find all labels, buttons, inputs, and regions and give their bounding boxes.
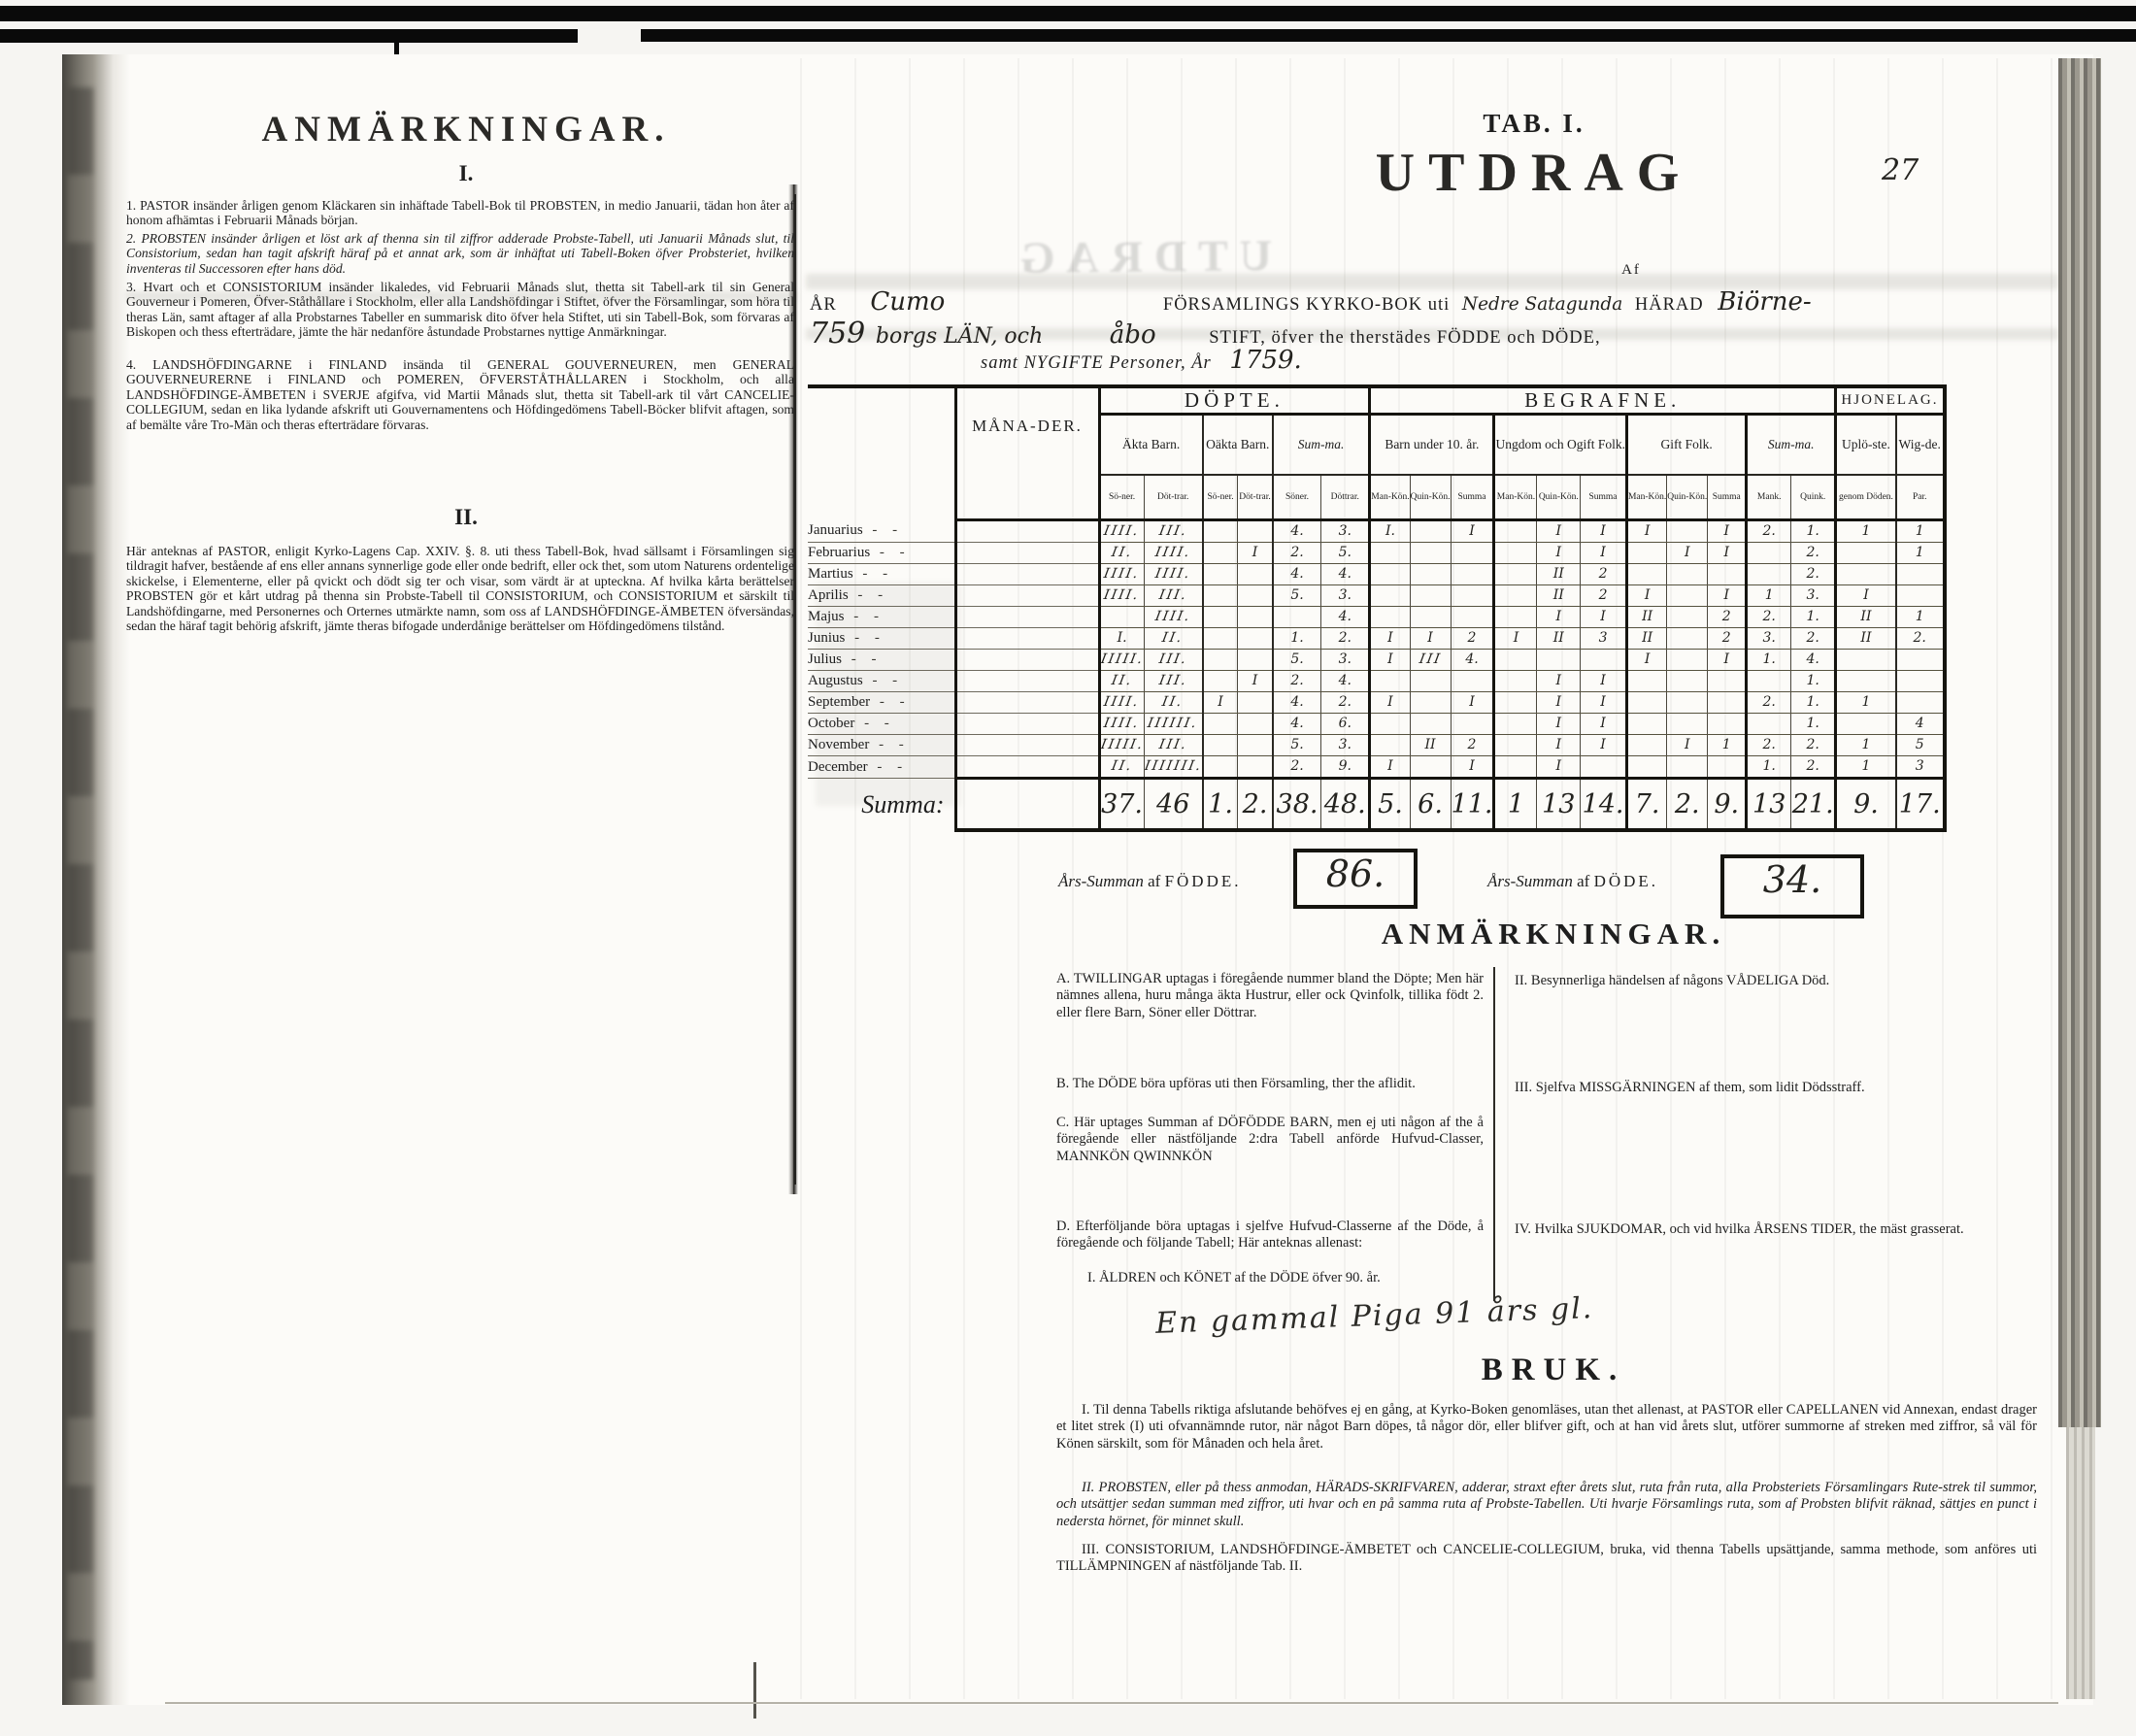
data-cell (1667, 564, 1708, 585)
data-cell: 5 (1896, 735, 1945, 756)
data-cell: 1 (1896, 520, 1945, 543)
header-manader: MÅNA-DER. (955, 386, 1099, 520)
data-cell: 2. (1747, 520, 1791, 543)
data-cell: 1 (1747, 585, 1791, 607)
label-stift: STIFT, öfver the therstädes FÖDDE och DÖ… (1209, 328, 1600, 348)
month-box-cell (955, 756, 1099, 779)
data-cell (1581, 650, 1627, 671)
subheader-ungdom-ogift: Ungdom och Ogift Folk. (1494, 415, 1627, 476)
data-cell: IIIII. (1099, 735, 1144, 756)
table-row: JuliusIIIII.III.5.3.IIII4.II1.4. (808, 650, 1945, 671)
book-fore-edge-lower (2066, 1427, 2095, 1699)
subheader-wigde: Wig-de. (1896, 415, 1945, 476)
data-cell (1494, 520, 1537, 543)
data-cell: 1 (1896, 543, 1945, 564)
dode-label: Års-Summan af DÖDE. (1487, 872, 1658, 891)
data-cell: II. (1099, 543, 1144, 564)
data-cell: 1 (1836, 735, 1896, 756)
month-box-cell (955, 564, 1099, 585)
month-label: Februarius (808, 543, 955, 564)
data-cell (1896, 692, 1945, 714)
fodde-label: Års-Summan af FÖDDE. (1058, 872, 1241, 891)
data-cell: 4. (1791, 650, 1836, 671)
data-cell (1896, 650, 1945, 671)
month-spacer (808, 386, 955, 415)
data-cell: 1. (1273, 628, 1321, 650)
data-cell: I (1708, 520, 1747, 543)
form-line-3: samt NYGIFTE Personer, År 1759. (981, 346, 2136, 375)
data-cell (1494, 543, 1537, 564)
data-cell (1626, 735, 1666, 756)
data-cell (1747, 671, 1791, 692)
data-cell: 9. (1321, 756, 1370, 779)
data-cell: I (1836, 585, 1896, 607)
data-cell: 3. (1747, 628, 1791, 650)
data-cell: 4. (1321, 671, 1370, 692)
data-cell: II (1626, 607, 1666, 628)
month-label: Januarius (808, 520, 955, 543)
header-begrafne: BEGRAFNE. (1370, 386, 1836, 415)
dode-total-box: 34. (1720, 854, 1864, 918)
data-cell (1238, 756, 1273, 779)
form-line-1: ÅR Cumo FÖRSAMLINGS KYRKO-BOK uti Nedre … (810, 287, 2062, 317)
population-register-table: MÅNA-DER. DÖPTE. BEGRAFNE. HJONELAG. Äkt… (808, 384, 1947, 832)
data-cell (1494, 650, 1537, 671)
data-cell: 3 (1581, 628, 1627, 650)
data-cell: IIIIII. (1144, 714, 1203, 735)
subheader-uploste: Uplö-ste. (1836, 415, 1896, 476)
data-cell: I (1410, 628, 1451, 650)
data-cell (1203, 735, 1238, 756)
tab-label: TAB. I. (1340, 109, 1728, 139)
book-fore-edge (2058, 58, 2101, 1427)
data-cell: I (1238, 671, 1273, 692)
data-cell: 1. (1791, 607, 1836, 628)
data-cell (1708, 692, 1747, 714)
data-cell: II (1836, 607, 1896, 628)
column-label: Summa (1581, 475, 1627, 520)
scan-bar-second-right (641, 29, 2136, 42)
data-cell: I (1626, 520, 1666, 543)
data-cell (1238, 714, 1273, 735)
data-cell: 1. (1791, 714, 1836, 735)
data-cell (1238, 585, 1273, 607)
month-spacer (808, 415, 955, 476)
data-cell (1896, 585, 1945, 607)
column-label: Döttrar. (1321, 475, 1370, 520)
parish-name-handwritten: Cumo (870, 287, 945, 317)
data-cell (1410, 671, 1451, 692)
data-cell (1494, 756, 1537, 779)
data-cell (1896, 564, 1945, 585)
data-cell (1494, 564, 1537, 585)
table-row: OctoberIIII.IIIIII.4.6.II1.4 (808, 714, 1945, 735)
data-cell: IIII. (1099, 585, 1144, 607)
summa-cell: 7. (1626, 779, 1666, 831)
data-cell (1410, 543, 1451, 564)
summa-cell: 6. (1410, 779, 1451, 831)
remarks-heading: ANMÄRKNINGAR. (1117, 917, 1990, 951)
data-cell (1370, 585, 1410, 607)
data-cell: I (1581, 714, 1627, 735)
summa-cell: 9. (1836, 779, 1896, 831)
data-cell: III (1410, 650, 1451, 671)
page-bottom-edge (165, 1702, 2058, 1704)
data-cell (1836, 714, 1896, 735)
data-cell (1747, 714, 1791, 735)
data-cell (1667, 692, 1708, 714)
data-cell: 5. (1321, 543, 1370, 564)
summa-cell: 14. (1581, 779, 1627, 831)
month-label: Julius (808, 650, 955, 671)
table-row: SeptemberIIII.II.I4.2.IIII2.1.1 (808, 692, 1945, 714)
data-cell: 6. (1321, 714, 1370, 735)
paragraph-1: 1. PASTOR insänder årligen genom Kläckar… (126, 198, 794, 228)
note-c: C. Här uptages Summan af DÖFÖDDE BARN, m… (1056, 1115, 1484, 1165)
section-2-heading: II. (146, 505, 786, 530)
data-cell (1410, 520, 1451, 543)
month-label: Junius (808, 628, 955, 650)
fodde-label-af: af (1148, 872, 1160, 890)
fodde-total-box: 86. (1293, 849, 1418, 909)
subheader-summa-begrafne: Sum-ma. (1747, 415, 1836, 476)
subheader-oakta-barn: Oäkta Barn. (1203, 415, 1273, 476)
data-cell: 3. (1321, 735, 1370, 756)
data-cell: 1 (1896, 607, 1945, 628)
data-cell (1667, 756, 1708, 779)
data-cell: 2 (1581, 564, 1627, 585)
column-label: Söner. (1273, 475, 1321, 520)
data-cell: I (1451, 756, 1494, 779)
bruk-paragraph-1: I. Til denna Tabells riktiga afslutande … (1056, 1402, 2037, 1452)
table-row: JanuariusIIII.III.4.3.I.IIIII2.1.11 (808, 520, 1945, 543)
column-label: Sö-ner. (1203, 475, 1238, 520)
data-cell: 1. (1791, 692, 1836, 714)
data-cell: 2. (1273, 756, 1321, 779)
subheader-gift-folk: Gift Folk. (1626, 415, 1746, 476)
paragraph-5: Här anteknas af PASTOR, enligit Kyrko-La… (126, 544, 794, 634)
scan-bar-second-left (0, 29, 578, 43)
data-cell (1667, 520, 1708, 543)
data-cell (1626, 714, 1666, 735)
data-cell: 4. (1273, 520, 1321, 543)
data-cell: I (1537, 607, 1581, 628)
column-label: Man-Kön. (1626, 475, 1666, 520)
column-label: Quink. (1791, 475, 1836, 520)
data-cell: 5. (1273, 650, 1321, 671)
data-cell: I (1581, 607, 1627, 628)
data-cell (1203, 650, 1238, 671)
data-cell: I (1451, 692, 1494, 714)
data-cell: I (1537, 756, 1581, 779)
data-cell: 2 (1581, 585, 1627, 607)
notes-column-divider (1493, 967, 1495, 1301)
data-cell: 4. (1451, 650, 1494, 671)
data-cell: I (1667, 543, 1708, 564)
column-label: Döt-trar. (1238, 475, 1273, 520)
data-cell: II (1537, 585, 1581, 607)
data-cell: IIII. (1099, 714, 1144, 735)
data-cell (1537, 650, 1581, 671)
table-row: MajusIIII.4.IIII22.1.II1 (808, 607, 1945, 628)
year-handwritten: 1759. (1229, 346, 1301, 375)
data-cell (1238, 628, 1273, 650)
data-cell: 4 (1896, 714, 1945, 735)
data-cell: II. (1144, 628, 1203, 650)
data-cell (1451, 714, 1494, 735)
month-box-cell (955, 650, 1099, 671)
note-iii: III. Sjelfva MISSGÄRNINGEN af them, som … (1515, 1080, 2019, 1096)
note-a: A. TWILLINGAR uptagas i föregående numme… (1056, 971, 1484, 1021)
month-label: Augustus (808, 671, 955, 692)
data-cell (1708, 714, 1747, 735)
data-cell (1667, 671, 1708, 692)
data-cell: I (1581, 520, 1627, 543)
month-label: September (808, 692, 955, 714)
data-cell: II (1537, 628, 1581, 650)
data-cell (1203, 564, 1238, 585)
data-cell (1747, 564, 1791, 585)
data-cell: I (1451, 520, 1494, 543)
month-box-cell (955, 714, 1099, 735)
data-cell (1626, 543, 1666, 564)
column-label: Par. (1896, 475, 1945, 520)
paragraph-4: 4. LANDSHÖFDINGARNE i FINLAND insända ti… (126, 357, 794, 432)
data-cell: I. (1099, 628, 1144, 650)
data-cell: 2 (1451, 735, 1494, 756)
summa-row: Summa:37.461.2.38.48.5.6.11.11314.7.2.9.… (808, 779, 1945, 831)
data-cell (1836, 671, 1896, 692)
data-cell (1410, 585, 1451, 607)
summa-label: Summa: (808, 779, 955, 831)
data-cell: 1. (1747, 650, 1791, 671)
data-cell (1494, 585, 1537, 607)
month-label: Aprilis (808, 585, 955, 607)
data-cell (1451, 564, 1494, 585)
data-cell: 1. (1747, 756, 1791, 779)
year-handwritten-margin: 759 (810, 317, 865, 351)
data-cell (1747, 543, 1791, 564)
section-1-heading: I. (146, 161, 786, 186)
summa-cell: 9. (1708, 779, 1747, 831)
data-cell: 1 (1836, 756, 1896, 779)
data-cell (1238, 564, 1273, 585)
data-cell: 2. (1273, 543, 1321, 564)
data-cell: I (1708, 543, 1747, 564)
data-cell (1273, 607, 1321, 628)
data-cell: 4. (1273, 564, 1321, 585)
data-cell (1203, 520, 1238, 543)
data-cell: IIII. (1099, 692, 1144, 714)
data-cell (1896, 671, 1945, 692)
data-cell: II. (1099, 756, 1144, 779)
summa-cell: 37. (1099, 779, 1144, 831)
data-cell: I (1370, 650, 1410, 671)
data-cell (1410, 607, 1451, 628)
data-cell: 1. (1791, 671, 1836, 692)
scan-bar-top (0, 6, 2136, 21)
data-cell: 2. (1791, 628, 1836, 650)
note-d-sub-i: I. ÅLDREN och KÖNET af the DÖDE öfver 90… (1087, 1270, 1515, 1286)
data-cell: I (1238, 543, 1273, 564)
column-label: Quin-Kön. (1667, 475, 1708, 520)
subheader-barn-under-10: Barn under 10. år. (1370, 415, 1494, 476)
data-cell (1494, 714, 1537, 735)
table-row: JuniusI.II.1.2.II2III3II23.2.II2. (808, 628, 1945, 650)
column-label: Quin-Kön. (1410, 475, 1451, 520)
data-cell: II (1537, 564, 1581, 585)
lan-name-handwritten-part1: Biörne- (1718, 287, 1811, 317)
table-row: NovemberIIIII.III.5.3.II2III12.2.15 (808, 735, 1945, 756)
summa-cell: 48. (1321, 779, 1370, 831)
summa-cell: 21. (1791, 779, 1836, 831)
dode-label-caps: DÖDE. (1594, 872, 1658, 890)
data-cell (1370, 735, 1410, 756)
subheader-summa-dopte: Sum-ma. (1273, 415, 1370, 476)
table-row: AprilisIIII.III.5.3.II2II13.I (808, 585, 1945, 607)
data-cell (1667, 628, 1708, 650)
data-cell: IIII. (1144, 607, 1203, 628)
header-dopte: DÖPTE. (1099, 386, 1370, 415)
month-label: Martius (808, 564, 955, 585)
data-cell: 2. (1321, 692, 1370, 714)
data-cell: I (1203, 692, 1238, 714)
data-cell: 1 (1836, 520, 1896, 543)
data-cell: III. (1144, 520, 1203, 543)
left-page-title: ANMÄRKNINGAR. (146, 109, 786, 150)
data-cell (1451, 543, 1494, 564)
data-cell (1238, 520, 1273, 543)
data-cell: II (1410, 735, 1451, 756)
group-header-row: MÅNA-DER. DÖPTE. BEGRAFNE. HJONELAG. (808, 386, 1945, 415)
column-label: Mank. (1747, 475, 1791, 520)
data-cell (1370, 714, 1410, 735)
data-cell (1836, 564, 1896, 585)
data-cell (1836, 543, 1896, 564)
data-cell: IIII. (1099, 520, 1144, 543)
data-cell: 5. (1273, 585, 1321, 607)
data-cell: IIIII. (1099, 650, 1144, 671)
data-cell (1581, 756, 1627, 779)
fodde-label-caps: FÖDDE. (1165, 872, 1242, 890)
data-cell (1410, 714, 1451, 735)
data-cell: 2. (1791, 756, 1836, 779)
month-box-cell (955, 735, 1099, 756)
data-cell (1494, 692, 1537, 714)
data-cell (1708, 671, 1747, 692)
month-box-cell (955, 671, 1099, 692)
month-label: October (808, 714, 955, 735)
data-cell: 4. (1273, 692, 1321, 714)
data-cell (1370, 543, 1410, 564)
data-cell: 2 (1708, 628, 1747, 650)
summa-spacer (955, 779, 1099, 831)
data-cell (1238, 692, 1273, 714)
data-cell (1626, 671, 1666, 692)
bruk-heading: BRUK. (1117, 1352, 1990, 1388)
month-box-cell (955, 628, 1099, 650)
data-cell: 2. (1321, 628, 1370, 650)
data-cell (1494, 671, 1537, 692)
column-label: Man-Kön. (1370, 475, 1410, 520)
month-box-cell (955, 607, 1099, 628)
note-d: D. Efterföljande böra uptagas i sjelfve … (1056, 1219, 1484, 1252)
data-cell: I (1494, 628, 1537, 650)
data-cell: I (1581, 543, 1627, 564)
data-cell (1203, 543, 1238, 564)
data-cell (1203, 628, 1238, 650)
data-cell: IIII. (1144, 564, 1203, 585)
summa-cell: 2. (1667, 779, 1708, 831)
data-cell: I (1708, 585, 1747, 607)
data-cell (1626, 692, 1666, 714)
data-cell: 3. (1791, 585, 1836, 607)
data-cell (1410, 564, 1451, 585)
data-cell (1494, 735, 1537, 756)
data-cell (1667, 607, 1708, 628)
column-label: Summa (1708, 475, 1747, 520)
data-cell (1451, 671, 1494, 692)
note-ii: II. Besynnerliga händelsen af någons VÅD… (1515, 973, 2019, 989)
paragraph-3: 3. Hvart och et CONSISTORIUM insänder li… (126, 280, 794, 340)
summa-cell: 1 (1494, 779, 1537, 831)
data-cell (1238, 735, 1273, 756)
data-cell (1451, 607, 1494, 628)
data-cell (1370, 564, 1410, 585)
month-box-cell (955, 543, 1099, 564)
summa-cell: 11. (1451, 779, 1494, 831)
month-spacer (808, 475, 955, 520)
data-cell: I (1537, 671, 1581, 692)
data-cell: I (1581, 671, 1627, 692)
scan-mark (394, 42, 399, 55)
data-cell: I (1708, 650, 1747, 671)
data-cell: III. (1144, 585, 1203, 607)
data-cell: 3. (1321, 520, 1370, 543)
column-label: Quin-Kön. (1537, 475, 1581, 520)
data-cell: II (1836, 628, 1896, 650)
data-cell: 2. (1747, 607, 1791, 628)
data-cell: 3. (1321, 585, 1370, 607)
paragraph-2: 2. PROBSTEN insänder årligen et löst ark… (126, 231, 794, 276)
header-hjonelag: HJONELAG. (1836, 386, 1945, 415)
data-cell: 2 (1451, 628, 1494, 650)
data-cell: I (1581, 692, 1627, 714)
data-cell: 2. (1791, 564, 1836, 585)
bruk-p1-text: I. Til denna Tabells riktiga afslutande … (1056, 1402, 2037, 1452)
data-cell: 2. (1791, 735, 1836, 756)
bruk-p3-text: III. CONSISTORIUM, LANDSHÖFDINGE-ÄMBETET… (1056, 1542, 2037, 1576)
page-number: 27 (1882, 153, 1919, 187)
month-label: November (808, 735, 955, 756)
book-gutter-foot (753, 1662, 756, 1719)
data-cell (1626, 756, 1666, 779)
summa-cell: 38. (1273, 779, 1321, 831)
month-box-cell (955, 692, 1099, 714)
summa-cell: 13 (1747, 779, 1791, 831)
month-label: December (808, 756, 955, 779)
subheader-akta-barn: Äkta Barn. (1099, 415, 1203, 476)
month-label: Majus (808, 607, 955, 628)
data-cell: 3 (1896, 756, 1945, 779)
data-cell: I (1370, 692, 1410, 714)
data-cell (1667, 714, 1708, 735)
label-nygifte: samt NYGIFTE Personer, År (981, 353, 1212, 373)
data-cell: 2. (1273, 671, 1321, 692)
data-cell (1238, 607, 1273, 628)
scanned-book-spread: ANMÄRKNINGAR. I. 1. PASTOR insänder årli… (0, 0, 2136, 1736)
summa-cell: 2. (1238, 779, 1273, 831)
